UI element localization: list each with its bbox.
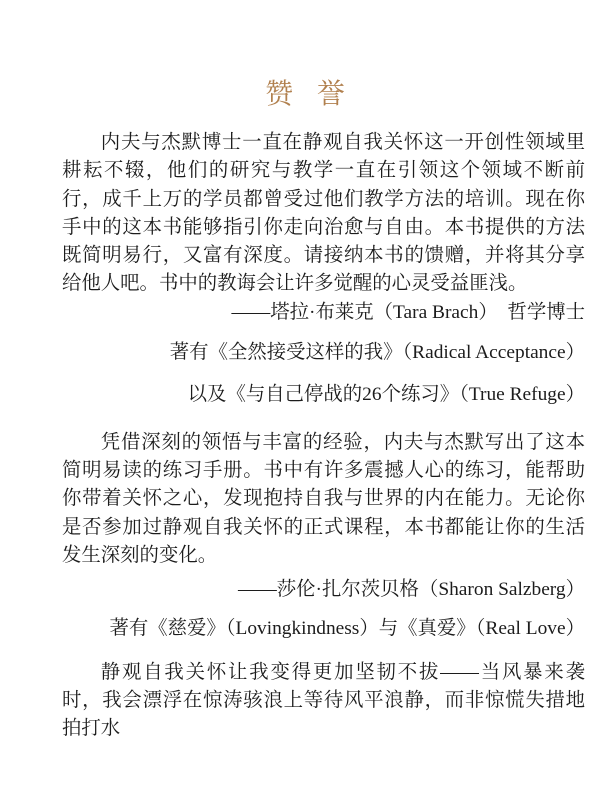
attribution-author-sharon-salzberg: ——莎伦·扎尔茨贝格（Sharon Salzberg）	[62, 576, 585, 604]
attribution-books-lovingkindness-real-love: 著有《慈爱》（Lovingkindness）与《真爱》（Real Love）	[62, 615, 585, 643]
praise-paragraph-1: 内夫与杰默博士一直在静观自我关怀这一开创性领域里耕耘不辍，他们的研究与教学一直在…	[62, 129, 585, 299]
attribution-book-radical-acceptance: 著有《全然接受这样的我》（Radical Acceptance）	[62, 339, 585, 367]
praise-paragraph-3: 静观自我关怀让我变得更加坚韧不拔——当风暴来袭时，我会漂浮在惊涛骇浪上等待风平浪…	[62, 659, 585, 744]
attribution-author-tara-brach: ——塔拉·布莱克（Tara Brach） 哲学博士	[62, 299, 585, 327]
page-title: 赞誉	[0, 78, 610, 112]
book-page: 赞誉 内夫与杰默博士一直在静观自我关怀这一开创性领域里耕耘不辍，他们的研究与教学…	[0, 0, 610, 792]
attribution-book-true-refuge: 以及《与自己停战的26个练习》（True Refuge）	[62, 381, 585, 409]
praise-paragraph-2: 凭借深刻的领悟与丰富的经验，内夫与杰默写出了这本简明易读的练习手册。书中有许多震…	[62, 429, 585, 570]
